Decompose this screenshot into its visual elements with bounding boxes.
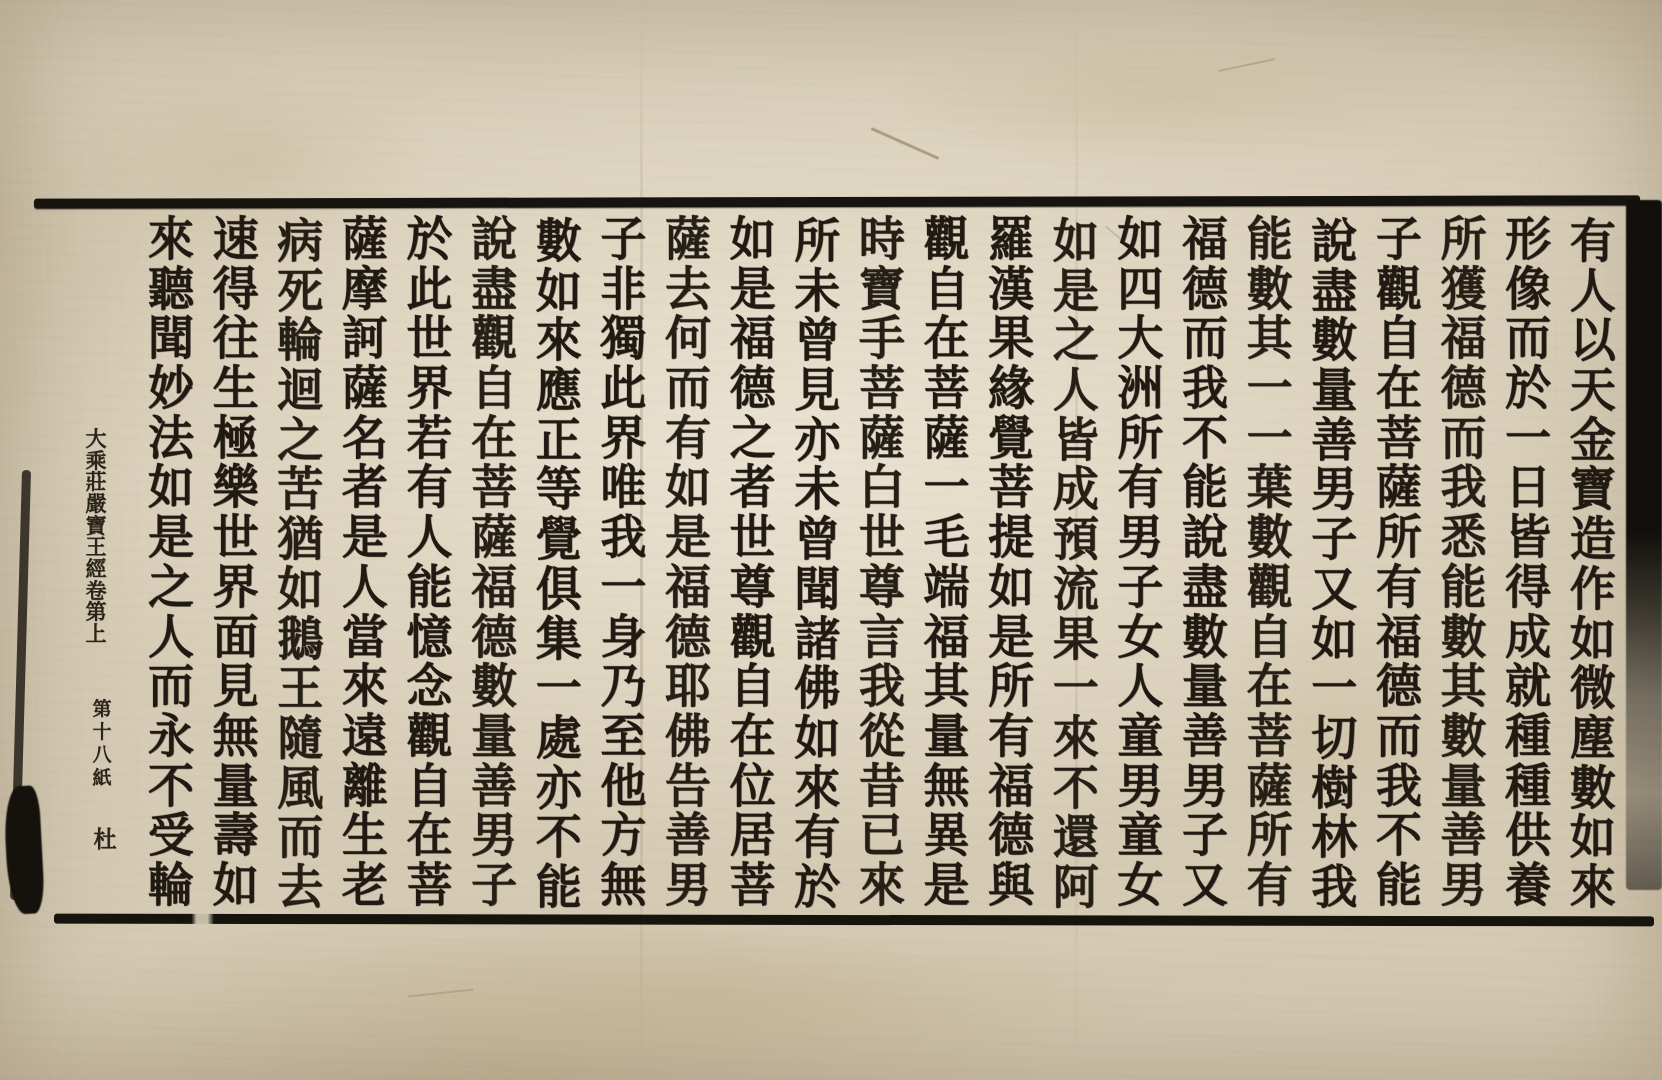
glyph: 佛 <box>794 665 840 712</box>
glyph: 聞 <box>794 565 840 612</box>
glyph: 如 <box>988 563 1034 610</box>
glyph: 一 <box>536 665 582 712</box>
glyph: 善 <box>1441 812 1487 859</box>
text-column: 速得往生極樂世界面見無量壽如 <box>207 216 265 908</box>
glyph: 德 <box>988 812 1034 859</box>
glyph: 當 <box>342 613 388 660</box>
glyph: 來 <box>148 216 194 263</box>
glyph: 不 <box>536 814 582 861</box>
glyph: 種 <box>1505 762 1551 809</box>
glyph: 能 <box>1247 216 1293 263</box>
glyph: 所 <box>794 218 840 265</box>
glyph: 說 <box>471 216 517 263</box>
glyph: 生 <box>342 812 388 859</box>
glyph: 曾 <box>794 516 840 563</box>
glyph: 一 <box>1053 665 1099 712</box>
glyph: 童 <box>1117 712 1163 759</box>
text-column: 來聽聞妙法如是之人而永不受輪 <box>142 216 200 908</box>
glyph: 種 <box>1505 712 1551 759</box>
glyph: 量 <box>1441 762 1487 809</box>
glyph: 之 <box>730 414 776 461</box>
glyph: 之 <box>148 563 194 610</box>
glyph: 是 <box>730 265 776 312</box>
glyph: 自 <box>1376 315 1422 362</box>
glyph: 還 <box>1053 814 1099 861</box>
glyph: 善 <box>471 762 517 809</box>
glyph: 而 <box>1441 414 1487 461</box>
glyph: 王 <box>277 665 323 712</box>
glyph: 量 <box>924 712 970 759</box>
glyph: 八 <box>92 746 111 765</box>
text-column: 觀自在菩薩一毛端福其量無異是 <box>918 216 976 908</box>
glyph: 覺 <box>988 414 1034 461</box>
glyph: 緣 <box>988 365 1034 412</box>
glyph: 福 <box>1376 613 1422 660</box>
glyph: 世 <box>213 514 259 561</box>
paper-stain <box>240 920 1190 1080</box>
glyph: 量 <box>1311 367 1357 414</box>
glyph: 鵝 <box>277 615 323 662</box>
glyph: 離 <box>342 762 388 809</box>
glyph: 有 <box>1376 563 1422 610</box>
frame-left-corner-ink-blob <box>3 785 46 915</box>
glyph: 福 <box>730 315 776 362</box>
glyph: 皆 <box>1053 416 1099 463</box>
glyph: 妙 <box>148 365 194 412</box>
glyph: 數 <box>1441 712 1487 759</box>
glyph: 薩 <box>665 216 711 263</box>
glyph: 有 <box>1247 861 1293 908</box>
glyph: 大 <box>86 428 107 449</box>
glyph: 從 <box>859 712 905 759</box>
text-column: 福德而我不能說盡數量善男子又 <box>1176 216 1234 908</box>
glyph: 盡 <box>1311 267 1357 314</box>
glyph: 女 <box>1117 861 1163 908</box>
glyph: 薩 <box>342 216 388 263</box>
glyph: 數 <box>1570 764 1616 811</box>
glyph: 上 <box>86 623 107 644</box>
glyph: 告 <box>665 762 711 809</box>
glyph: 能 <box>536 863 582 910</box>
glyph: 來 <box>859 861 905 908</box>
glyph: 居 <box>730 812 776 859</box>
glyph: 數 <box>1247 265 1293 312</box>
glyph: 女 <box>1117 613 1163 660</box>
glyph: 猶 <box>277 516 323 563</box>
glyph: 已 <box>859 812 905 859</box>
glyph: 死 <box>277 267 323 314</box>
glyph: 說 <box>1311 218 1357 265</box>
glyph: 得 <box>213 265 259 312</box>
glyph: 又 <box>1182 861 1228 908</box>
glyph: 如 <box>1311 615 1357 662</box>
glyph: 男 <box>1117 514 1163 561</box>
glyph: 菩 <box>471 464 517 511</box>
glyph: 量 <box>1182 663 1228 710</box>
glyph: 德 <box>730 365 776 412</box>
glyph: 能 <box>1441 563 1487 610</box>
glyph: 子 <box>1182 812 1228 859</box>
glyph: 來 <box>536 317 582 364</box>
glyph: 莊 <box>86 471 107 492</box>
glyph: 形 <box>1505 216 1551 263</box>
glyph: 數 <box>471 663 517 710</box>
glyph: 其 <box>1441 663 1487 710</box>
glyph: 盡 <box>1182 563 1228 610</box>
glyph: 憶 <box>407 613 453 660</box>
glyph: 名 <box>342 414 388 461</box>
glyph: 未 <box>794 466 840 513</box>
glyph: 來 <box>342 663 388 710</box>
frame-right-border <box>1626 200 1662 890</box>
glyph: 是 <box>342 514 388 561</box>
glyph: 聽 <box>148 265 194 312</box>
glyph: 不 <box>1376 812 1422 859</box>
glyph: 者 <box>730 464 776 511</box>
glyph: 果 <box>1053 615 1099 662</box>
glyph: 時 <box>859 216 905 263</box>
glyph: 在 <box>924 315 970 362</box>
glyph: 人 <box>1117 663 1163 710</box>
glyph: 訶 <box>342 315 388 362</box>
glyph: 而 <box>1182 315 1228 362</box>
glyph: 世 <box>407 315 453 362</box>
glyph: 於 <box>407 216 453 263</box>
glyph: 永 <box>148 712 194 759</box>
glyph: 數 <box>1441 613 1487 660</box>
glyph: 受 <box>148 812 194 859</box>
glyph: 數 <box>1311 317 1357 364</box>
glyph: 位 <box>730 762 776 809</box>
glyph: 能 <box>1376 861 1422 908</box>
glyph: 他 <box>600 762 646 809</box>
glyph: 菩 <box>859 365 905 412</box>
glyph: 無 <box>600 861 646 908</box>
glyph: 卷 <box>86 580 107 601</box>
glyph: 福 <box>924 613 970 660</box>
glyph: 見 <box>213 663 259 710</box>
glyph: 如 <box>277 565 323 612</box>
glyph: 觀 <box>471 315 517 362</box>
sutra-text-block: 有人以天金寶造作如微塵數如來形像而於一日皆得成就種種供養所獲福德而我悉能數其數量… <box>142 216 1622 908</box>
glyph: 摩 <box>342 265 388 312</box>
glyph: 極 <box>213 414 259 461</box>
glyph: 有 <box>1570 218 1616 265</box>
glyph: 如 <box>213 861 259 908</box>
glyph: 切 <box>1311 714 1357 761</box>
glyph: 獨 <box>600 315 646 362</box>
glyph: 在 <box>471 414 517 461</box>
glyph: 大 <box>1117 315 1163 362</box>
glyph: 而 <box>665 365 711 412</box>
frame-bottom-border <box>54 914 1654 927</box>
glyph: 手 <box>859 315 905 362</box>
glyph: 我 <box>600 514 646 561</box>
glyph: 所 <box>1117 414 1163 461</box>
glyph: 自 <box>471 365 517 412</box>
glyph: 如 <box>1570 814 1616 861</box>
glyph: 子 <box>1117 563 1163 610</box>
glyph: 之 <box>277 416 323 463</box>
glyph: 嚴 <box>86 493 107 514</box>
glyph: 日 <box>1505 464 1551 511</box>
glyph: 菩 <box>988 464 1034 511</box>
glyph: 觀 <box>924 216 970 263</box>
glyph: 觀 <box>730 613 776 660</box>
glyph: 盡 <box>471 265 517 312</box>
glyph: 造 <box>1570 516 1616 563</box>
frame-top-border <box>34 195 1640 208</box>
glyph: 我 <box>1376 762 1422 809</box>
glyph: 等 <box>536 466 582 513</box>
carver-mark: 杜 <box>92 828 118 854</box>
glyph: 德 <box>471 613 517 660</box>
paper-fiber-hair <box>408 989 474 998</box>
glyph: 是 <box>665 514 711 561</box>
glyph: 人 <box>1570 267 1616 314</box>
paper-fiber-hair <box>1218 58 1275 72</box>
glyph: 異 <box>924 812 970 859</box>
glyph: 界 <box>600 414 646 461</box>
glyph: 就 <box>1505 663 1551 710</box>
glyph: 子 <box>1376 216 1422 263</box>
glyph: 所 <box>988 663 1034 710</box>
text-column: 薩摩訶薩名者是人當來遠離生老 <box>336 216 394 908</box>
glyph: 得 <box>1505 563 1551 610</box>
glyph: 數 <box>1247 514 1293 561</box>
glyph: 與 <box>988 861 1034 908</box>
glyph: 一 <box>600 563 646 610</box>
scroll-title-annotation: 大乘莊嚴寶王經卷第上 <box>82 428 110 644</box>
glyph: 無 <box>924 762 970 809</box>
glyph: 曾 <box>794 317 840 364</box>
glyph: 羅 <box>988 216 1034 263</box>
glyph: 寶 <box>859 265 905 312</box>
glyph: 生 <box>213 365 259 412</box>
glyph: 數 <box>536 218 582 265</box>
glyph: 自 <box>407 762 453 809</box>
glyph: 是 <box>988 613 1034 660</box>
glyph: 而 <box>1376 712 1422 759</box>
text-column: 薩去何而有如是福德耶佛告善男 <box>659 216 717 908</box>
glyph: 世 <box>859 514 905 561</box>
glyph: 福 <box>1182 216 1228 263</box>
glyph: 界 <box>213 563 259 610</box>
text-column: 形像而於一日皆得成就種種供養 <box>1499 216 1557 908</box>
text-column: 羅漢果緣覺菩提如是所有福德與 <box>982 216 1040 908</box>
glyph: 能 <box>407 563 453 610</box>
glyph: 預 <box>1053 516 1099 563</box>
glyph: 在 <box>1247 663 1293 710</box>
glyph: 善 <box>1182 712 1228 759</box>
glyph: 天 <box>1570 367 1616 414</box>
glyph: 老 <box>342 861 388 908</box>
glyph: 人 <box>342 563 388 610</box>
glyph: 至 <box>600 712 646 759</box>
sheet-number-annotation: 第十八紙 <box>90 700 114 788</box>
glyph: 乘 <box>86 450 107 471</box>
glyph: 樂 <box>213 464 259 511</box>
text-column: 說盡觀自在菩薩福德數量善男子 <box>465 216 523 908</box>
glyph: 來 <box>794 764 840 811</box>
glyph: 自 <box>924 265 970 312</box>
glyph: 林 <box>1311 814 1357 861</box>
text-column: 能數其一一葉數觀自在菩薩所有 <box>1241 216 1299 908</box>
glyph: 界 <box>407 365 453 412</box>
glyph: 自 <box>1247 613 1293 660</box>
glyph: 人 <box>1053 367 1099 414</box>
glyph: 而 <box>1505 315 1551 362</box>
glyph: 於 <box>794 863 840 910</box>
glyph: 昔 <box>859 762 905 809</box>
glyph: 身 <box>600 613 646 660</box>
glyph: 薩 <box>471 514 517 561</box>
glyph: 遠 <box>342 712 388 759</box>
glyph: 其 <box>924 663 970 710</box>
text-column: 病死輪迴之苦猶如鵝王隨風而去 <box>271 218 329 910</box>
glyph: 男 <box>665 861 711 908</box>
glyph: 壽 <box>213 812 259 859</box>
glyph: 唯 <box>600 464 646 511</box>
glyph: 世 <box>730 514 776 561</box>
glyph: 人 <box>148 613 194 660</box>
glyph: 男 <box>1117 762 1163 809</box>
glyph: 如 <box>1117 216 1163 263</box>
glyph: 福 <box>988 762 1034 809</box>
glyph: 所 <box>1376 514 1422 561</box>
glyph: 男 <box>1182 762 1228 809</box>
glyph: 不 <box>148 762 194 809</box>
glyph: 我 <box>1441 464 1487 511</box>
text-column: 時寶手菩薩白世尊言我從昔已來 <box>853 216 911 908</box>
glyph: 阿 <box>1053 863 1099 910</box>
glyph: 福 <box>665 563 711 610</box>
glyph: 來 <box>1053 714 1099 761</box>
glyph: 薩 <box>342 365 388 412</box>
glyph: 說 <box>1182 514 1228 561</box>
glyph: 之 <box>1053 317 1099 364</box>
glyph: 果 <box>988 315 1034 362</box>
glyph: 寶 <box>1570 466 1616 513</box>
glyph: 如 <box>1570 615 1616 662</box>
glyph: 在 <box>407 812 453 859</box>
glyph: 者 <box>342 464 388 511</box>
glyph: 若 <box>407 414 453 461</box>
glyph: 紙 <box>92 769 111 788</box>
glyph: 是 <box>1053 267 1099 314</box>
glyph: 去 <box>277 863 323 910</box>
glyph: 如 <box>730 216 776 263</box>
glyph: 此 <box>407 265 453 312</box>
glyph: 善 <box>1311 416 1357 463</box>
glyph: 在 <box>730 712 776 759</box>
glyph: 亦 <box>536 764 582 811</box>
glyph: 如 <box>1053 218 1099 265</box>
glyph: 樹 <box>1311 764 1357 811</box>
glyph: 集 <box>536 615 582 662</box>
glyph: 非 <box>600 265 646 312</box>
glyph: 風 <box>277 764 323 811</box>
glyph: 善 <box>665 812 711 859</box>
glyph: 子 <box>600 216 646 263</box>
glyph: 諸 <box>794 615 840 662</box>
paper-fiber-hair <box>871 127 940 160</box>
glyph: 有 <box>794 814 840 861</box>
glyph: 乃 <box>600 663 646 710</box>
glyph: 有 <box>1117 464 1163 511</box>
glyph: 我 <box>859 663 905 710</box>
glyph: 處 <box>536 714 582 761</box>
text-column: 如四大洲所有男子女人童男童女 <box>1111 216 1169 908</box>
text-column: 所獲福德而我悉能數其數量善男 <box>1435 216 1493 908</box>
glyph: 一 <box>1247 365 1293 412</box>
glyph: 言 <box>859 613 905 660</box>
glyph: 四 <box>1117 265 1163 312</box>
glyph: 男 <box>1311 466 1357 513</box>
glyph: 薩 <box>859 414 905 461</box>
glyph: 尊 <box>859 563 905 610</box>
glyph: 提 <box>988 514 1034 561</box>
glyph: 德 <box>1441 365 1487 412</box>
glyph: 白 <box>859 464 905 511</box>
glyph: 如 <box>665 464 711 511</box>
glyph: 何 <box>665 315 711 362</box>
glyph: 正 <box>536 416 582 463</box>
glyph: 葉 <box>1247 464 1293 511</box>
glyph: 第 <box>86 601 107 622</box>
glyph: 如 <box>536 267 582 314</box>
glyph: 以 <box>1570 317 1616 364</box>
glyph: 薩 <box>924 414 970 461</box>
glyph: 在 <box>1376 365 1422 412</box>
glyph: 福 <box>1441 315 1487 362</box>
glyph: 輪 <box>148 861 194 908</box>
glyph: 有 <box>407 464 453 511</box>
text-column: 有人以天金寶造作如微塵數如來 <box>1564 218 1622 910</box>
glyph: 一 <box>1311 665 1357 712</box>
glyph: 量 <box>471 712 517 759</box>
glyph: 病 <box>277 218 323 265</box>
glyph: 速 <box>213 216 259 263</box>
glyph: 是 <box>148 514 194 561</box>
glyph: 苦 <box>277 466 323 513</box>
glyph: 應 <box>536 367 582 414</box>
glyph: 毛 <box>924 514 970 561</box>
glyph: 尊 <box>730 563 776 610</box>
glyph: 而 <box>148 663 194 710</box>
glyph: 子 <box>1311 516 1357 563</box>
glyph: 輪 <box>277 317 323 364</box>
glyph: 去 <box>665 265 711 312</box>
glyph: 觀 <box>407 712 453 759</box>
glyph: 像 <box>1505 265 1551 312</box>
glyph: 無 <box>213 712 259 759</box>
glyph: 福 <box>471 563 517 610</box>
glyph: 經 <box>86 558 107 579</box>
glyph: 德 <box>1376 663 1422 710</box>
glyph: 我 <box>1182 365 1228 412</box>
glyph: 不 <box>1053 764 1099 811</box>
glyph: 觀 <box>1376 265 1422 312</box>
text-column: 子觀自在菩薩所有福德而我不能 <box>1370 216 1428 908</box>
glyph: 薩 <box>1376 464 1422 511</box>
text-column: 於此世界若有人能憶念觀自在菩 <box>401 216 459 908</box>
glyph: 一 <box>1505 414 1551 461</box>
glyph: 悉 <box>1441 514 1487 561</box>
glyph: 能 <box>1182 464 1228 511</box>
glyph: 隨 <box>277 714 323 761</box>
glyph: 聞 <box>148 315 194 362</box>
